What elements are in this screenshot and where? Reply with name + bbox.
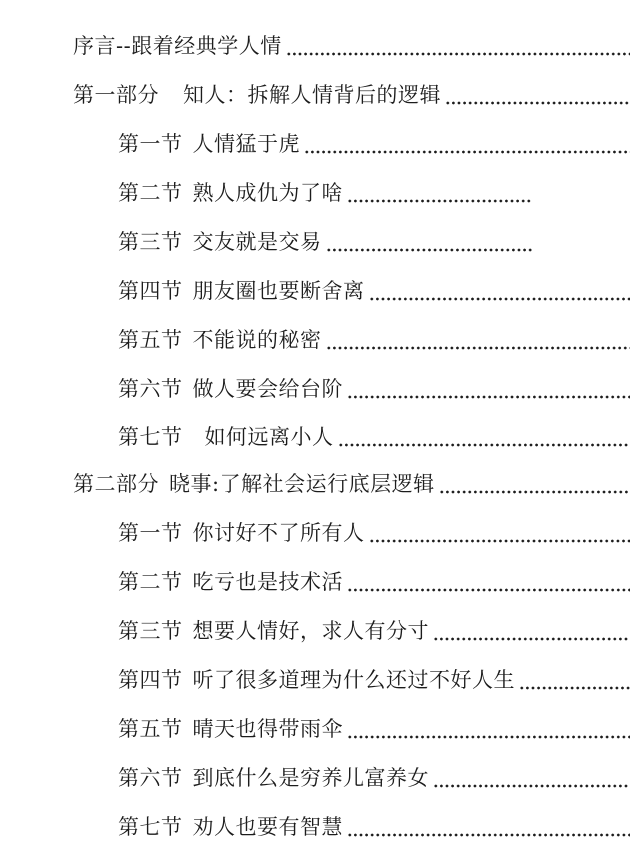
entry-prefix: 第四节 — [118, 279, 183, 303]
toc-entry-part-2-section-2[interactable]: 第二节吃亏也是技术活 — [118, 567, 630, 597]
entry-prefix: 第六节 — [118, 377, 183, 401]
entry-title: 不能说的秘密 — [193, 328, 322, 352]
toc-entry-part-2-section-4[interactable]: 第四节听了很多道理为什么还过不好人生 — [118, 665, 630, 695]
toc-entry-part-1-section-3[interactable]: 第三节交友就是交易 — [118, 227, 630, 257]
entry-prefix: 第二节 — [118, 181, 183, 205]
entry-title: 想要人情好，求人有分寸 — [193, 619, 430, 643]
entry-title: 如何远离小人 — [205, 425, 334, 449]
dot-leader — [433, 616, 630, 646]
toc-entry-part-2-section-3[interactable]: 第三节想要人情好，求人有分寸 — [118, 616, 630, 646]
dot-leader — [304, 129, 630, 159]
toc-entry-part-1[interactable]: 第一部分知人：拆解人情背后的逻辑 — [73, 80, 630, 110]
entry-title: 劝人也要有智慧 — [193, 815, 344, 839]
dot-leader — [347, 178, 532, 208]
entry-prefix: 第五节 — [118, 328, 183, 352]
dot-leader — [347, 812, 630, 842]
dot-leader — [445, 80, 630, 110]
entry-title: 朋友圈也要断舍离 — [193, 279, 365, 303]
entry-title: 交友就是交易 — [193, 230, 322, 254]
entry-title: 晴天也得带雨伞 — [193, 717, 344, 741]
entry-prefix: 序言--跟着经典学人情 — [73, 34, 282, 58]
toc-entry-part-1-section-7[interactable]: 第七节如何远离小人 — [118, 422, 630, 452]
entry-title: 吃亏也是技术活 — [193, 570, 344, 594]
toc-entry-part-1-section-4[interactable]: 第四节朋友圈也要断舍离 — [118, 276, 630, 306]
toc-entry-part-1-section-2[interactable]: 第二节熟人成仇为了啥 — [118, 178, 630, 208]
toc-entry-part-2-section-7[interactable]: 第七节劝人也要有智慧 — [118, 812, 630, 842]
toc-entry-part-2-section-5[interactable]: 第五节晴天也得带雨伞 — [118, 714, 630, 744]
toc-entry-part-1-section-1[interactable]: 第一节人情猛于虎 — [118, 129, 630, 159]
entry-prefix: 第一节 — [118, 132, 183, 156]
dot-leader — [326, 325, 630, 355]
entry-title: 人情猛于虎 — [193, 132, 301, 156]
entry-prefix: 第三节 — [118, 230, 183, 254]
entry-title: 到底什么是穷养儿富养女 — [193, 766, 430, 790]
toc-entry-part-2[interactable]: 第二部分晓事:了解社会运行底层逻辑 — [73, 469, 630, 499]
entry-prefix: 第一部分 — [73, 83, 159, 107]
entry-prefix: 第三节 — [118, 619, 183, 643]
dot-leader — [369, 518, 630, 548]
entry-prefix: 第一节 — [118, 521, 183, 545]
dot-leader — [326, 227, 532, 257]
toc-entry-preface[interactable]: 序言--跟着经典学人情 — [73, 31, 630, 61]
toc-entry-part-2-section-1[interactable]: 第一节你讨好不了所有人 — [118, 518, 630, 548]
entry-title: 熟人成仇为了啥 — [193, 181, 344, 205]
entry-title: 知人：拆解人情背后的逻辑 — [183, 83, 441, 107]
entry-title: 晓事:了解社会运行底层逻辑 — [169, 472, 435, 496]
entry-prefix: 第七节 — [118, 425, 183, 449]
entry-prefix: 第二节 — [118, 570, 183, 594]
toc-entry-part-2-section-6[interactable]: 第六节到底什么是穷养儿富养女 — [118, 763, 630, 793]
entry-title: 听了很多道理为什么还过不好人生 — [193, 668, 516, 692]
entry-prefix: 第七节 — [118, 815, 183, 839]
dot-leader — [286, 31, 630, 61]
entry-title: 做人要会给台阶 — [193, 377, 344, 401]
toc-entry-part-1-section-6[interactable]: 第六节做人要会给台阶 — [118, 374, 630, 404]
entry-prefix: 第二部分 — [73, 472, 159, 496]
dot-leader — [369, 276, 630, 306]
toc-entry-part-1-section-5[interactable]: 第五节不能说的秘密 — [118, 325, 630, 355]
entry-prefix: 第六节 — [118, 766, 183, 790]
entry-title: 你讨好不了所有人 — [193, 521, 365, 545]
entry-prefix: 第四节 — [118, 668, 183, 692]
dot-leader — [439, 469, 630, 499]
dot-leader — [338, 422, 630, 452]
dot-leader — [433, 763, 630, 793]
entry-prefix: 第五节 — [118, 717, 183, 741]
table-of-contents: 序言--跟着经典学人情 第一部分知人：拆解人情背后的逻辑 第一节人情猛于虎 第二… — [0, 0, 630, 850]
dot-leader — [347, 714, 630, 744]
dot-leader — [347, 567, 630, 597]
dot-leader — [519, 665, 630, 695]
dot-leader — [347, 374, 630, 404]
